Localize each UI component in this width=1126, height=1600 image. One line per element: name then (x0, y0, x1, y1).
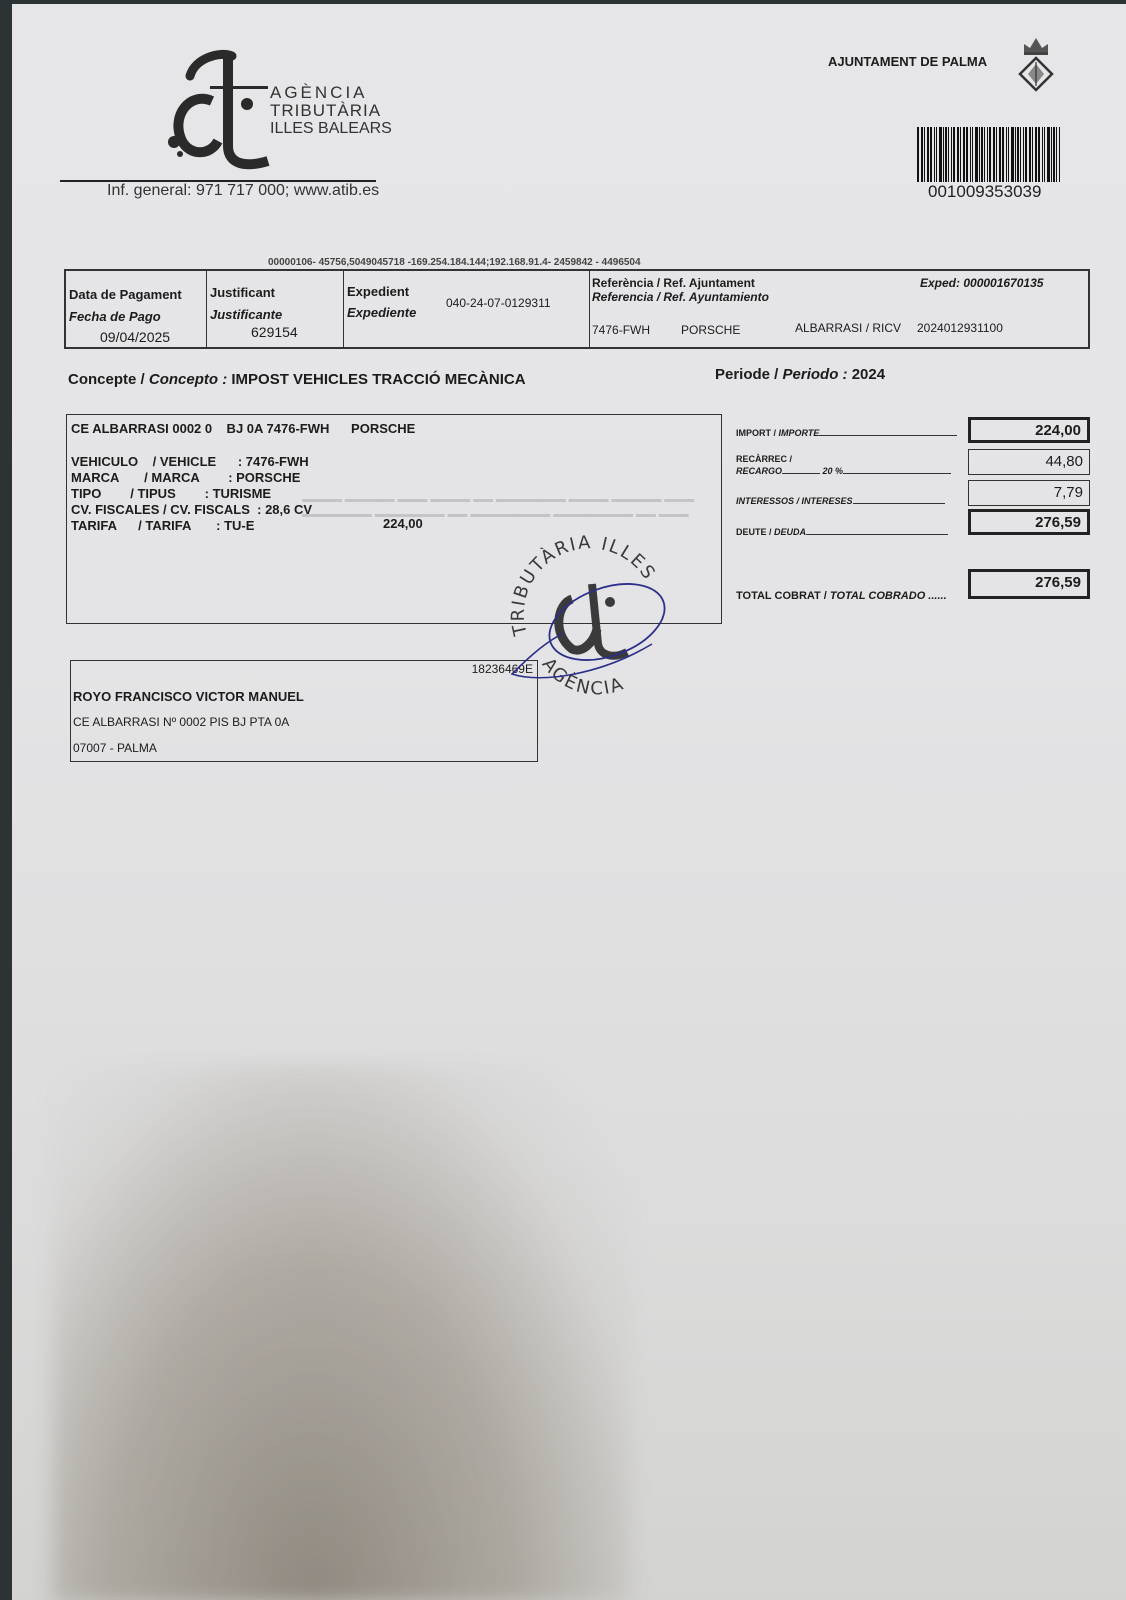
surcharge-amount: 44,80 (968, 449, 1090, 475)
barcode-bar (1006, 127, 1007, 182)
receipt-number: 629154 (251, 324, 298, 340)
concept-label-es: Concepto : (149, 371, 227, 388)
barcode-bar (921, 127, 923, 182)
total-label: TOTAL COBRAT / TOTAL COBRADO ...... (736, 590, 947, 602)
receipt-cell: Justificant Justificante 629154 (207, 271, 344, 347)
receipt-label-ca: Justificant (210, 285, 275, 300)
barcode-bar (1047, 127, 1050, 182)
barcode-bar (934, 127, 935, 182)
total-label-es: TOTAL COBRADO ...... (830, 590, 947, 602)
vehicle-address-line: CE ALBARRASI 0002 0 BJ 0A 7476-FWH PORSC… (71, 421, 415, 436)
barcode-bar (975, 127, 978, 182)
barcode-bar (927, 127, 929, 182)
logo-line-3: ILLES BALEARS (270, 120, 392, 138)
vehicle-row: CV. FISCALES / CV. FISCALS : 28,6 CV (71, 502, 312, 517)
concept-label-ca: Concepte / (68, 371, 145, 388)
payment-header-table: Data de Pagament Fecha de Pago 09/04/202… (64, 269, 1090, 349)
concept-value: IMPOST VEHICLES TRACCIÓ MECÀNICA (231, 371, 525, 388)
vehicle-row: TARIFA / TARIFA : TU-E (71, 518, 254, 533)
barcode-bar (930, 127, 932, 182)
barcode-bar (1051, 127, 1052, 182)
taxpayer-address: CE ALBARRASI Nº 0002 PIS BJ PTA 0A (73, 715, 289, 729)
ref-label-es: Referencia / Ref. Ayuntamiento (592, 290, 769, 304)
issuer-contact-info: Inf. general: 971 717 000; www.atib.es (107, 182, 379, 200)
barcode-bar (1015, 127, 1016, 182)
barcode-bar (1023, 127, 1024, 182)
taxpayer-box: 18236469E ROYO FRANCISCO VICTOR MANUEL C… (70, 660, 538, 762)
photo-shadow (52, 1064, 632, 1600)
barcode-bar (1017, 127, 1019, 182)
bleed-through-text: ▬▬▬▬ ▬▬▬▬▬ ▬▬▬ ▬▬▬▬ ▬▬ ▬▬▬▬▬▬▬ ▬▬▬▬ ▬▬▬▬… (302, 494, 694, 505)
trace-line: 00000106- 45756,5049045718 -169.254.184.… (268, 257, 641, 268)
file-label-ca: Expedient (347, 284, 409, 299)
barcode-bar (951, 127, 952, 182)
barcode-bar (1020, 127, 1021, 182)
import-label-es: IMPORTE (779, 428, 820, 438)
barcode-bar (1002, 127, 1004, 182)
barcode-bar (924, 127, 926, 182)
barcode-bar (979, 127, 980, 182)
surcharge-label-es: RECARGO (736, 466, 782, 476)
barcode-bar (996, 127, 998, 182)
period-label-es: Periodo : (783, 366, 848, 383)
barcode-bar (1025, 127, 1027, 182)
surcharge-percent: 20 % (823, 466, 844, 476)
barcode-bar (953, 127, 955, 182)
barcode-bar (936, 127, 937, 182)
import-label-ca: IMPORT / (736, 428, 776, 438)
barcode-bar (970, 127, 971, 182)
concept: Concepte / Concepto : IMPOST VEHICLES TR… (68, 371, 526, 388)
file-label-es: Expediente (347, 305, 416, 320)
barcode-bar (1042, 127, 1043, 182)
ref-plate: 7476-FWH (592, 323, 650, 337)
ref-brand: PORSCHE (681, 323, 740, 337)
period-value: 2024 (852, 366, 885, 383)
interest-label-text: INTERESSOS / INTERESES (736, 496, 853, 506)
barcode-bar (943, 127, 944, 182)
barcode-bar (939, 127, 942, 182)
barcode (917, 127, 1061, 182)
ref-code: 2024012931100 (917, 321, 1003, 335)
issuer-logo-text: AGÈNCIA TRIBUTÀRIA ILLES BALEARS (270, 84, 392, 138)
debt-label-es: DEUDA (774, 527, 806, 537)
barcode-bar (1044, 127, 1045, 182)
payment-date-label-es: Fecha de Pago (69, 309, 161, 324)
svg-text:TRIBUTÀRIA ILLES BALEARS: TRIBUTÀRIA ILLES BALEARS (502, 524, 665, 639)
file-cell: Expedient Expediente 040-24-07-0129311 (344, 271, 590, 347)
receipt-page: AGÈNCIA TRIBUTÀRIA ILLES BALEARS Inf. ge… (12, 4, 1126, 1600)
barcode-bar (1059, 127, 1060, 182)
total-amount: 276,59 (968, 569, 1090, 599)
barcode-bar (948, 127, 949, 182)
barcode-bar (1029, 127, 1031, 182)
period: Periode / Periodo : 2024 (715, 366, 885, 383)
interest-label: INTERESSOS / INTERESES (736, 496, 945, 506)
barcode-number: 001009353039 (928, 182, 1041, 202)
total-label-ca: TOTAL COBRAT / (736, 590, 827, 602)
barcode-bar (917, 127, 919, 182)
barcode-bar (1011, 127, 1014, 182)
barcode-bar (993, 127, 995, 182)
barcode-bar (987, 127, 988, 182)
payment-date-label-ca: Data de Pagament (69, 287, 182, 302)
exped-reference: Exped: 000001670135 (920, 276, 1043, 290)
reference-cell: Referència / Ref. Ajuntament Referencia … (590, 271, 1088, 347)
barcode-bar (999, 127, 1001, 182)
barcode-bar (1035, 127, 1037, 182)
vehicle-row: VEHICULO / VEHICLE : 7476-FWH (71, 454, 309, 469)
taxpayer-name: ROYO FRANCISCO VICTOR MANUEL (73, 689, 304, 704)
barcode-bar (963, 127, 965, 182)
barcode-bar (1032, 127, 1034, 182)
barcode-bar (960, 127, 962, 182)
barcode-bar (945, 127, 947, 182)
barcode-bar (1053, 127, 1055, 182)
surcharge-label-ca: RECÀRREC / (736, 454, 792, 464)
surcharge-label: RECARGO 20 % (736, 466, 951, 476)
barcode-bar (1008, 127, 1009, 182)
barcode-bar (1056, 127, 1057, 182)
palma-coat-of-arms-icon (1016, 34, 1056, 94)
barcode-bar (966, 127, 968, 182)
payment-date-value: 09/04/2025 (100, 329, 170, 345)
debt-label-ca: DEUTE / (736, 527, 772, 537)
payment-date-cell: Data de Pagament Fecha de Pago 09/04/202… (66, 271, 207, 347)
ref-label-ca: Referència / Ref. Ajuntament (592, 276, 755, 290)
debt-label: DEUTE / DEUDA (736, 527, 948, 537)
atib-logo-icon (150, 46, 270, 171)
taxpayer-city: 07007 - PALMA (73, 741, 157, 755)
official-stamp-icon: TRIBUTÀRIA ILLES BALEARS AGÈNCIA (502, 524, 682, 709)
import-label: IMPORT / IMPORTE (736, 428, 957, 438)
barcode-bar (989, 127, 991, 182)
barcode-bar (957, 127, 959, 182)
receipt-label-es: Justificante (210, 307, 282, 322)
barcode-bar (984, 127, 985, 182)
period-label-ca: Periode / (715, 366, 778, 383)
barcode-bar (1038, 127, 1040, 182)
vehicle-row: MARCA / MARCA : PORSCHE (71, 470, 300, 485)
interest-amount: 7,79 (968, 480, 1090, 506)
logo-line-1: AGÈNCIA (270, 84, 392, 102)
debt-amount: 276,59 (968, 509, 1090, 535)
municipality-name: AJUNTAMENT DE PALMA (828, 54, 987, 69)
logo-line-2: TRIBUTÀRIA (270, 102, 392, 120)
bleed-through-text: ▬▬▬▬▬▬▬ ▬▬▬▬▬▬▬ ▬▬ ▬▬▬▬▬▬▬▬ ▬▬▬▬▬▬▬▬ ▬▬ … (302, 509, 689, 520)
file-number: 040-24-07-0129311 (446, 296, 551, 310)
barcode-bar (972, 127, 973, 182)
import-amount: 224,00 (968, 417, 1090, 443)
ref-address: ALBARRASI / RICV (795, 321, 901, 335)
barcode-bar (981, 127, 983, 182)
vehicle-row: TIPO / TIPUS : TURISME (71, 486, 271, 501)
